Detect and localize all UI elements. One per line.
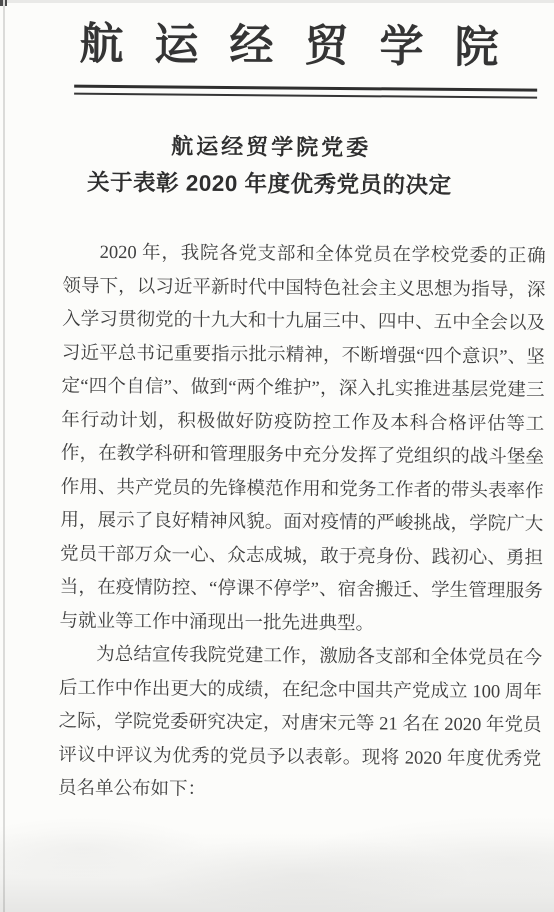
body-paragraph-1: 2020 年，我院各党支部和全体党员在学校党委的正确领导下，以习近平新时代中国特… — [59, 237, 545, 643]
document-body: 2020 年，我院各党支部和全体党员在学校党委的正确领导下，以习近平新时代中国特… — [58, 237, 546, 811]
document-title: 航运经贸学院党委 关于表彰 2020 年度优秀党员的决定 — [2, 127, 537, 206]
document-title-line1: 航运经贸学院党委 — [3, 127, 537, 168]
body-paragraph-2: 为总结宣传我院党建工作，激励各支部和全体党员在今后工作中作出更大的成绩，在纪念中… — [58, 639, 542, 811]
document-title-line2: 关于表彰 2020 年度优秀党员的决定 — [2, 163, 536, 206]
letterhead-title: 航运经贸学院 — [79, 21, 529, 73]
rule-thick-line — [74, 85, 537, 92]
document-content: 航运经贸学院 航运经贸学院党委 关于表彰 2020 年度优秀党员的决定 2020… — [0, 0, 554, 912]
letterhead-double-rule — [74, 85, 537, 99]
scan-bottom-shadow — [0, 832, 554, 912]
scanned-document-page: 航运经贸学院 航运经贸学院党委 关于表彰 2020 年度优秀党员的决定 2020… — [0, 0, 554, 912]
rule-thin-line — [74, 93, 537, 99]
